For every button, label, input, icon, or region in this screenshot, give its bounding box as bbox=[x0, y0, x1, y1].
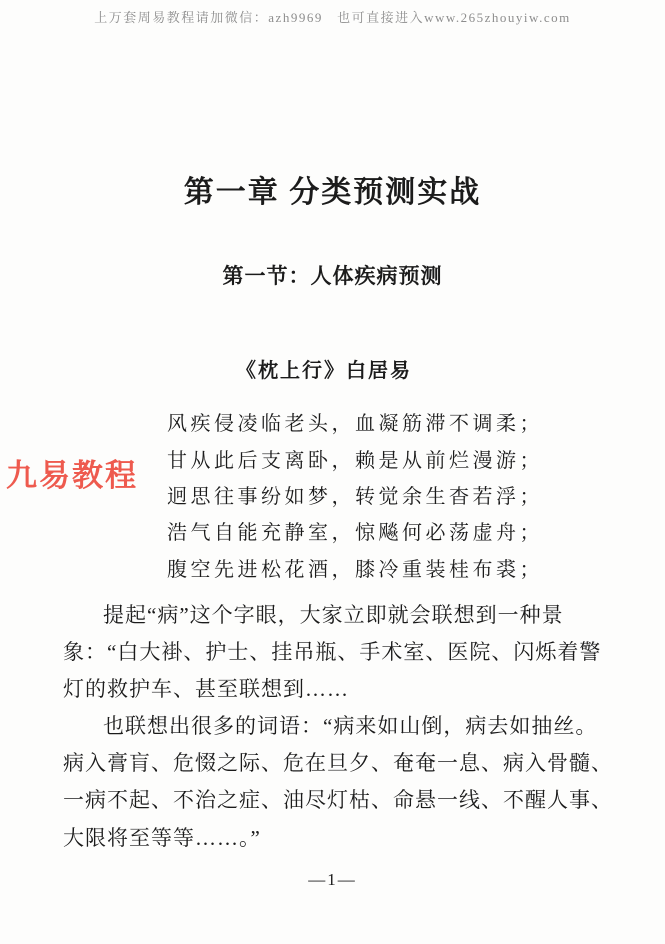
page-number: —1— bbox=[0, 870, 665, 890]
paragraph: 也联想出很多的词语：“病来如山倒，病去如抽丝。 病入膏肓、危惙之际、危在旦夕、奄… bbox=[63, 708, 608, 857]
header-watermark-text: 上万套周易教程请加微信：azh9969 也可直接进入www.265zhouyiw… bbox=[0, 7, 665, 26]
poem-line: 浩气自能充静室，惊飚何必荡虚舟； bbox=[167, 516, 543, 545]
poem-line: 迥思往事纷如梦，转觉余生杳若浮； bbox=[167, 480, 543, 509]
paragraph-line: 病入膏肓、危惙之际、危在旦夕、奄奄一息、病入骨髓、 bbox=[63, 745, 608, 782]
chapter-title: 第一章 分类预测实战 bbox=[0, 167, 665, 211]
poem-line: 风疾侵凌临老头，血凝筋滞不调柔； bbox=[167, 407, 543, 436]
poem-line: 腹空先进松花酒，膝冷重装桂布裘； bbox=[167, 553, 543, 582]
paragraph-line: 提起“病”这个字眼，大家立即就会联想到一种景 bbox=[63, 597, 608, 634]
document-page: 上万套周易教程请加微信：azh9969 也可直接进入www.265zhouyiw… bbox=[0, 0, 665, 944]
poem-line: 甘从此后支离卧，赖是从前烂漫游； bbox=[167, 444, 543, 473]
paragraph-line: 也联想出很多的词语：“病来如山倒，病去如抽丝。 bbox=[63, 708, 608, 745]
paragraph-line: 象：“白大褂、护士、挂吊瓶、手术室、医院、闪烁着警 bbox=[63, 634, 608, 671]
paragraph-line: 大限将至等等……。” bbox=[63, 820, 608, 857]
paragraph: 提起“病”这个字眼，大家立即就会联想到一种景 象：“白大褂、护士、挂吊瓶、手术室… bbox=[63, 597, 608, 709]
red-watermark: 九易教程 bbox=[6, 450, 138, 495]
paragraph-line: 灯的救护车、甚至联想到…… bbox=[63, 671, 608, 708]
poem-title: 《枕上行》白居易 bbox=[236, 354, 412, 383]
paragraph-line: 一病不起、不治之症、油尽灯枯、命悬一线、不醒人事、 bbox=[63, 782, 608, 819]
section-title: 第一节：人体疾病预测 bbox=[0, 260, 665, 290]
